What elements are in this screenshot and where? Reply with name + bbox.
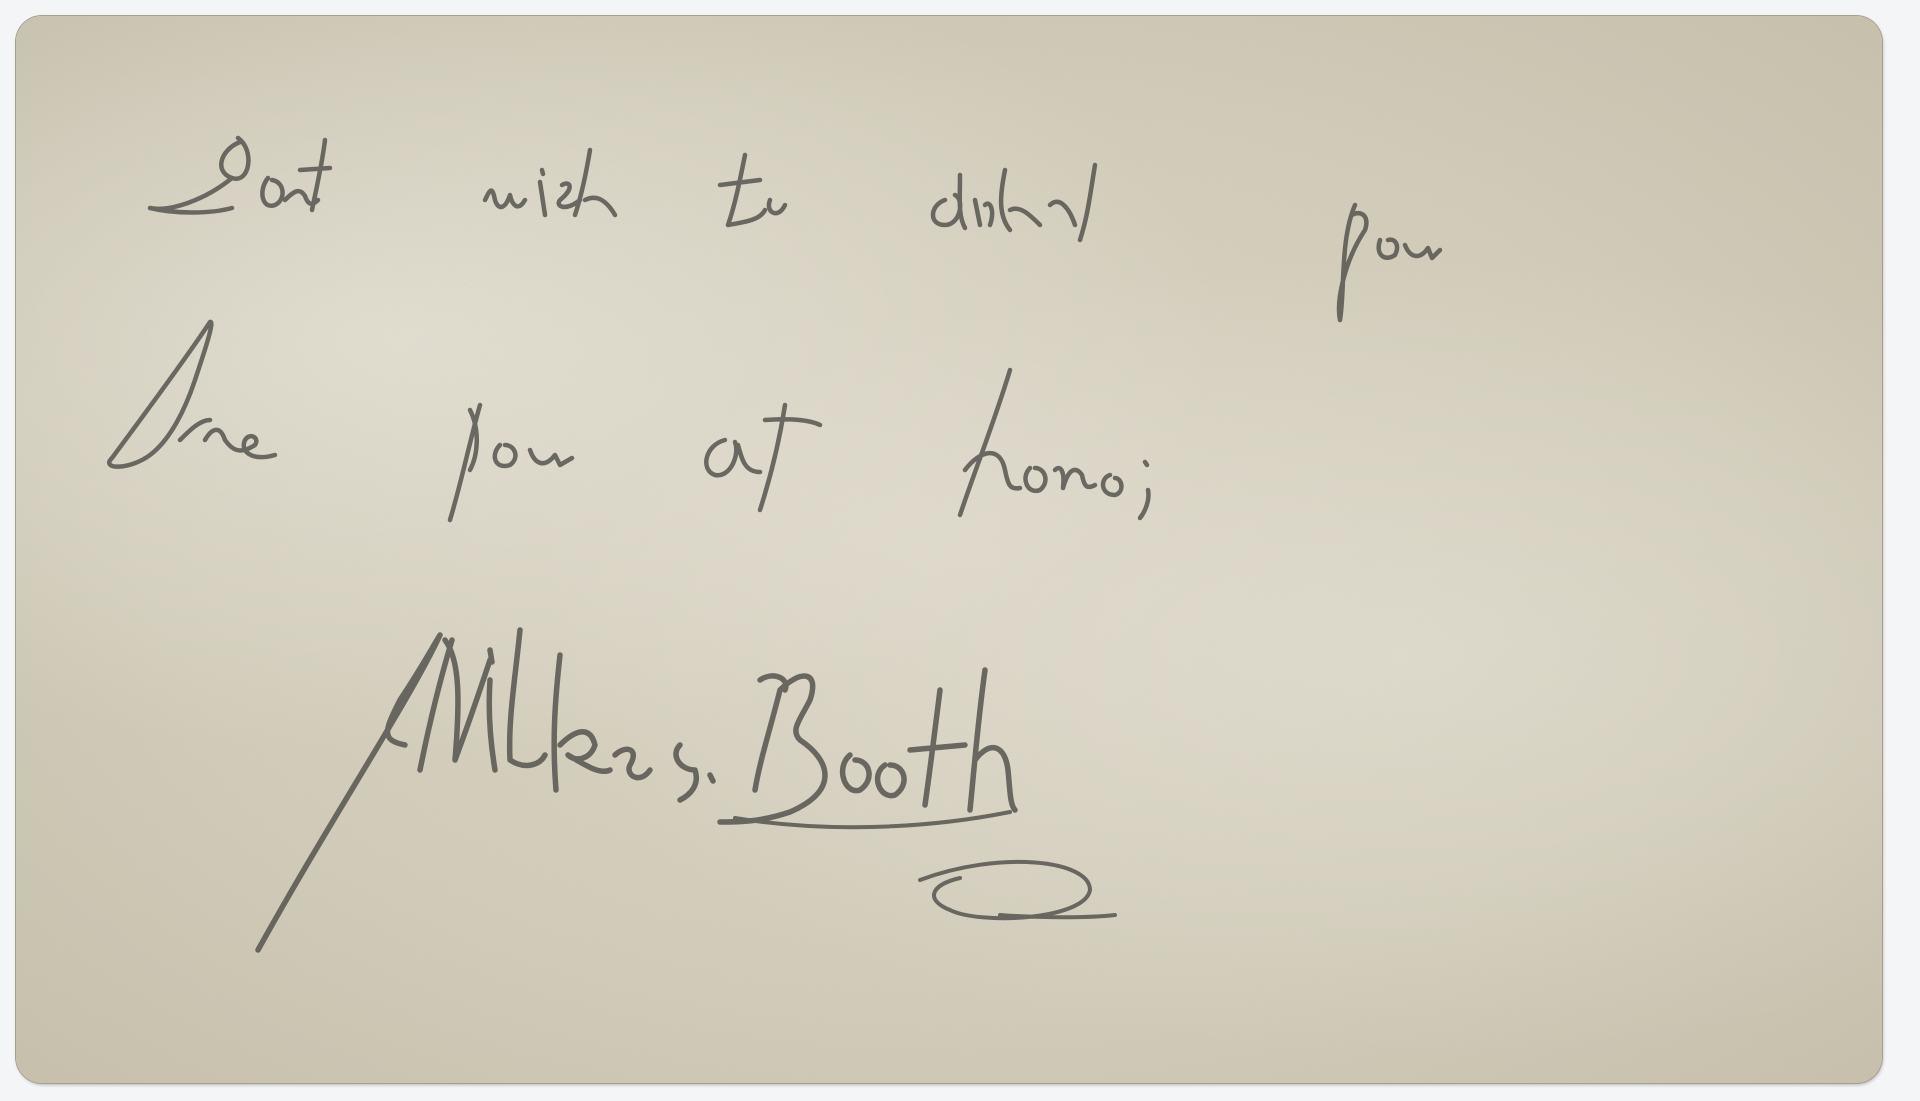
signature-handwriting <box>258 630 1015 950</box>
handwritten-card: Dont wish to disturb you Are you at home… <box>16 16 1882 1083</box>
handwriting <box>16 16 1882 1083</box>
line-2-handwriting <box>109 322 1148 520</box>
line-1-handwriting <box>150 138 1440 320</box>
signature-flourish <box>920 862 1115 918</box>
